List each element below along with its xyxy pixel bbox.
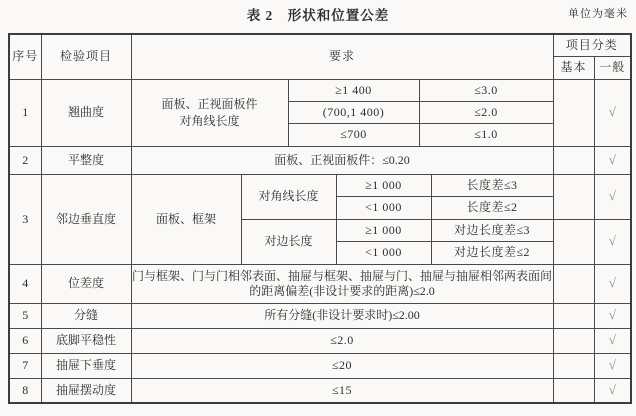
row2-seq: 2 <box>9 146 41 174</box>
header-seq: 序号 <box>9 34 41 79</box>
row5-seq: 5 <box>9 303 41 328</box>
row3-g1-general-check: √ <box>594 174 631 219</box>
row1-tol-3: ≤1.0 <box>419 123 553 146</box>
table-title: 表 2 形状和位置公差 <box>8 4 628 24</box>
tolerance-table: 序号 检验项目 要求 项目分类 基本 一般 1 翘曲度 面板、正视面板件 对角线… <box>8 33 632 404</box>
row1-tol-1: ≤3.0 <box>419 79 553 101</box>
row3-g1-range-1: ≥1 000 <box>336 174 431 196</box>
row4-basic-cell <box>553 264 594 303</box>
row2-general-check: √ <box>594 146 631 174</box>
row2-basic-cell <box>553 146 594 174</box>
row6-requirement: ≤2.0 <box>131 328 553 353</box>
row8-general-check: √ <box>594 378 631 403</box>
row7-basic-cell <box>553 353 594 378</box>
row3-g1-tol-1: 长度差≤3 <box>431 174 553 196</box>
row4-seq: 4 <box>9 264 41 303</box>
header-item: 检验项目 <box>41 34 131 79</box>
row3-g1-basic-cell <box>553 174 594 219</box>
row6-general-check: √ <box>594 328 631 353</box>
row4-general-check: √ <box>594 264 631 303</box>
row3-g2-basic-cell <box>553 219 594 264</box>
row1-scope-line2: 对角线长度 <box>132 113 288 130</box>
row4-requirement: 门与框架、门与门相邻表面、抽屉与框架、抽屉与门、抽屉与抽屉相邻两表面间的距离偏差… <box>131 264 553 303</box>
row1-range-2: (700,1 400) <box>288 101 419 123</box>
row1-seq: 1 <box>9 79 41 146</box>
row8-basic-cell <box>553 378 594 403</box>
row3-g2-general-check: √ <box>594 219 631 264</box>
row1-tol-2: ≤2.0 <box>419 101 553 123</box>
row3-group2-label: 对边长度 <box>241 219 336 264</box>
row3-item: 邻边垂直度 <box>41 174 131 264</box>
row7-seq: 7 <box>9 353 41 378</box>
row1-range-3: ≤700 <box>288 123 419 146</box>
unit-note: 单位为毫米 <box>568 5 628 21</box>
row3-g2-range-1: ≥1 000 <box>336 219 431 241</box>
row6-basic-cell <box>553 328 594 353</box>
row3-g2-tol-2: 对边长度差≤2 <box>431 241 553 264</box>
row3-g1-range-2: <1 000 <box>336 196 431 219</box>
row5-requirement: 所有分缝(非设计要求时)≤2.00 <box>131 303 553 328</box>
row4-item: 位差度 <box>41 264 131 303</box>
row1-general-check: √ <box>594 79 631 146</box>
row8-requirement: ≤15 <box>131 378 553 403</box>
row1-item: 翘曲度 <box>41 79 131 146</box>
header-general: 一般 <box>594 56 631 79</box>
row1-scope: 面板、正视面板件 对角线长度 <box>131 79 288 146</box>
row6-seq: 6 <box>9 328 41 353</box>
row5-general-check: √ <box>594 303 631 328</box>
row3-g2-tol-1: 对边长度差≤3 <box>431 219 553 241</box>
table-caption-bar: 表 2 形状和位置公差 单位为毫米 <box>8 4 628 22</box>
row7-general-check: √ <box>594 353 631 378</box>
row3-g1-tol-2: 长度差≤2 <box>431 196 553 219</box>
row3-seq: 3 <box>9 174 41 264</box>
row8-item: 抽屉摆动度 <box>41 378 131 403</box>
row6-item: 底脚平稳性 <box>41 328 131 353</box>
header-basic: 基本 <box>553 56 594 79</box>
row5-basic-cell <box>553 303 594 328</box>
row7-requirement: ≤20 <box>131 353 553 378</box>
row5-item: 分缝 <box>41 303 131 328</box>
row3-g2-range-2: <1 000 <box>336 241 431 264</box>
header-requirement: 要求 <box>131 34 553 79</box>
row3-scope: 面板、框架 <box>131 174 241 264</box>
row1-range-1: ≥1 400 <box>288 79 419 101</box>
row2-item: 平整度 <box>41 146 131 174</box>
row8-seq: 8 <box>9 378 41 403</box>
header-classification: 项目分类 <box>553 34 631 56</box>
row2-requirement: 面板、正视面板件：≤0.20 <box>131 146 553 174</box>
row1-scope-line1: 面板、正视面板件 <box>132 96 288 113</box>
row1-basic-cell <box>553 79 594 146</box>
row7-item: 抽屉下垂度 <box>41 353 131 378</box>
row3-group1-label: 对角线长度 <box>241 174 336 219</box>
